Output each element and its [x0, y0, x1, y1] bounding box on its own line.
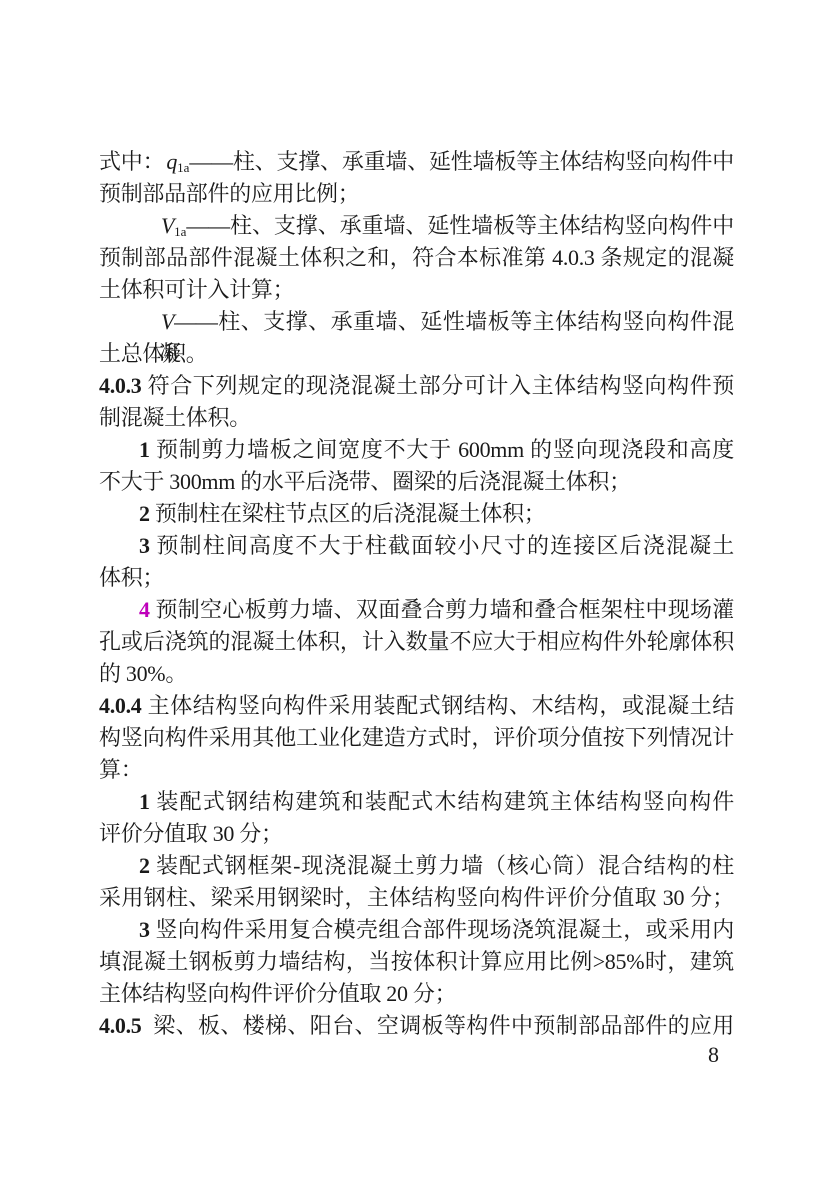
text-run: 不大于 300mm 的水平后浇带、圈梁的后浇混凝土体积；	[99, 469, 631, 494]
text-line: 填混凝土钢板剪力墙结构，当按体积计算应用比例>85%时，建筑	[99, 946, 734, 978]
clause-or-item-number: 2	[139, 501, 150, 526]
text-line: 1 预制剪力墙板之间宽度不大于 600mm 的竖向现浇段和高度	[99, 434, 734, 466]
text-run: 预制柱在梁柱节点区的后浇混凝土体积；	[150, 501, 546, 526]
text-line: 孔或后浇筑的混凝土体积，计入数量不应大于相应构件外轮廓体积	[99, 626, 734, 658]
text-line: 4 预制空心板剪力墙、双面叠合剪力墙和叠合框架柱中现场灌	[99, 594, 734, 626]
text-run: 预制柱间高度不大于柱截面较小尺寸的连接区后浇混凝土	[150, 533, 734, 558]
text-line: 4.0.5 梁、板、楼梯、阳台、空调板等构件中预制部品部件的应用	[99, 1010, 734, 1042]
text-line: 的 30%。	[99, 658, 734, 690]
text-run: 主体结构竖向构件评价分值取 20 分；	[99, 981, 456, 1006]
text-run: 填混凝土钢板剪力墙结构，当按体积计算应用比例>85%时，建筑	[99, 949, 734, 974]
text-line: 算：	[99, 754, 734, 786]
variable-subscript: 1a	[174, 224, 186, 239]
highlighted-item-number: 4	[139, 597, 150, 622]
text-line: 构竖向构件采用其他工业化建造方式时，评价项分值按下列情况计	[99, 722, 734, 754]
text-line: 1 装配式钢结构建筑和装配式木结构建筑主体结构竖向构件	[99, 786, 734, 818]
text-run: 算：	[99, 757, 142, 782]
text-run: 符合下列规定的现浇混凝土部分可计入主体结构竖向构件预	[142, 373, 734, 398]
text-run: ——柱、支撑、承重墙、延性墙板等主体结构竖向构件中	[186, 213, 734, 238]
text-run: 梁、板、楼梯、阳台、空调板等构件中预制部品部件的应用	[142, 1013, 734, 1038]
text-run: 竖向构件采用复合模壳组合部件现场浇筑混凝土，或采用内	[150, 917, 734, 942]
text-run: 土体积可计入计算；	[99, 277, 294, 302]
text-run: 的 30%。	[99, 661, 187, 686]
clause-or-item-number: 3	[139, 533, 150, 558]
text-run: 制混凝土体积。	[99, 405, 251, 430]
clause-or-item-number: 4.0.4	[99, 693, 142, 718]
text-run: 评价分值取 30 分；	[99, 821, 283, 846]
text-line: 式中：q1a——柱、支撑、承重墙、延性墙板等主体结构竖向构件中	[99, 146, 734, 178]
text-run: ——柱、支撑、承重墙、延性墙板等主体结构竖向构件中	[189, 149, 734, 174]
document-lines: 式中：q1a——柱、支撑、承重墙、延性墙板等主体结构竖向构件中预制部品部件的应用…	[99, 146, 734, 1042]
text-line: 土体积可计入计算；	[99, 274, 734, 306]
clause-or-item-number: 1	[139, 437, 150, 462]
text-line: 2 装配式钢框架-现浇混凝土剪力墙（核心筒）混合结构的柱	[99, 850, 734, 882]
text-run: 预制部品部件混凝土体积之和，符合本标准第 4.0.3 条规定的混凝	[99, 245, 734, 270]
text-line: 3 竖向构件采用复合模壳组合部件现场浇筑混凝土，或采用内	[99, 914, 734, 946]
text-line: 4.0.3 符合下列规定的现浇混凝土部分可计入主体结构竖向构件预	[99, 370, 734, 402]
variable-symbol: V	[159, 309, 174, 334]
text-line: 预制部品部件混凝土体积之和，符合本标准第 4.0.3 条规定的混凝	[99, 242, 734, 274]
text-line: 制混凝土体积。	[99, 402, 734, 434]
clause-or-item-number: 3	[139, 917, 150, 942]
text-line: V——柱、支撑、承重墙、延性墙板等主体结构竖向构件混凝	[99, 306, 734, 338]
clause-or-item-number: 2	[139, 853, 150, 878]
document-page: 式中：q1a——柱、支撑、承重墙、延性墙板等主体结构竖向构件中预制部品部件的应用…	[0, 0, 828, 1198]
text-run: 主体结构竖向构件采用装配式钢结构、木结构，或混凝土结	[142, 693, 734, 718]
variable-subscript: 1a	[177, 160, 189, 175]
text-line: 体积；	[99, 562, 734, 594]
text-run: 采用钢柱、梁采用钢梁时，主体结构竖向构件评价分值取 30 分；	[99, 885, 734, 910]
text-run: 土总体积。	[99, 341, 208, 366]
variable-symbol: q	[164, 149, 177, 174]
text-run: 孔或后浇筑的混凝土体积，计入数量不应大于相应构件外轮廓体积	[99, 629, 734, 654]
text-line: V1a——柱、支撑、承重墙、延性墙板等主体结构竖向构件中	[99, 210, 734, 242]
text-line: 不大于 300mm 的水平后浇带、圈梁的后浇混凝土体积；	[99, 466, 734, 498]
text-run: 预制空心板剪力墙、双面叠合剪力墙和叠合框架柱中现场灌	[150, 597, 734, 622]
text-run: 装配式钢框架-现浇混凝土剪力墙（核心筒）混合结构的柱	[150, 853, 734, 878]
page-number: 8	[708, 1042, 719, 1068]
text-run: 预制部品部件的应用比例；	[99, 181, 359, 206]
text-line: 评价分值取 30 分；	[99, 818, 734, 850]
clause-or-item-number: 4.0.5	[99, 1013, 142, 1038]
text-line: 3 预制柱间高度不大于柱截面较小尺寸的连接区后浇混凝土	[99, 530, 734, 562]
variable-symbol: V	[159, 213, 174, 238]
text-run: 装配式钢结构建筑和装配式木结构建筑主体结构竖向构件	[150, 789, 734, 814]
text-run: 体积；	[99, 565, 164, 590]
text-line: 4.0.4 主体结构竖向构件采用装配式钢结构、木结构，或混凝土结	[99, 690, 734, 722]
text-run: 构竖向构件采用其他工业化建造方式时，评价项分值按下列情况计	[99, 725, 734, 750]
clause-or-item-number: 1	[139, 789, 150, 814]
text-line: 采用钢柱、梁采用钢梁时，主体结构竖向构件评价分值取 30 分；	[99, 882, 734, 914]
clause-or-item-number: 4.0.3	[99, 373, 142, 398]
text-line: 土总体积。	[99, 338, 734, 370]
text-line: 2 预制柱在梁柱节点区的后浇混凝土体积；	[99, 498, 734, 530]
text-line: 预制部品部件的应用比例；	[99, 178, 734, 210]
text-run: 式中：	[99, 149, 164, 174]
text-line: 主体结构竖向构件评价分值取 20 分；	[99, 978, 734, 1010]
text-run: 预制剪力墙板之间宽度不大于 600mm 的竖向现浇段和高度	[150, 437, 734, 462]
